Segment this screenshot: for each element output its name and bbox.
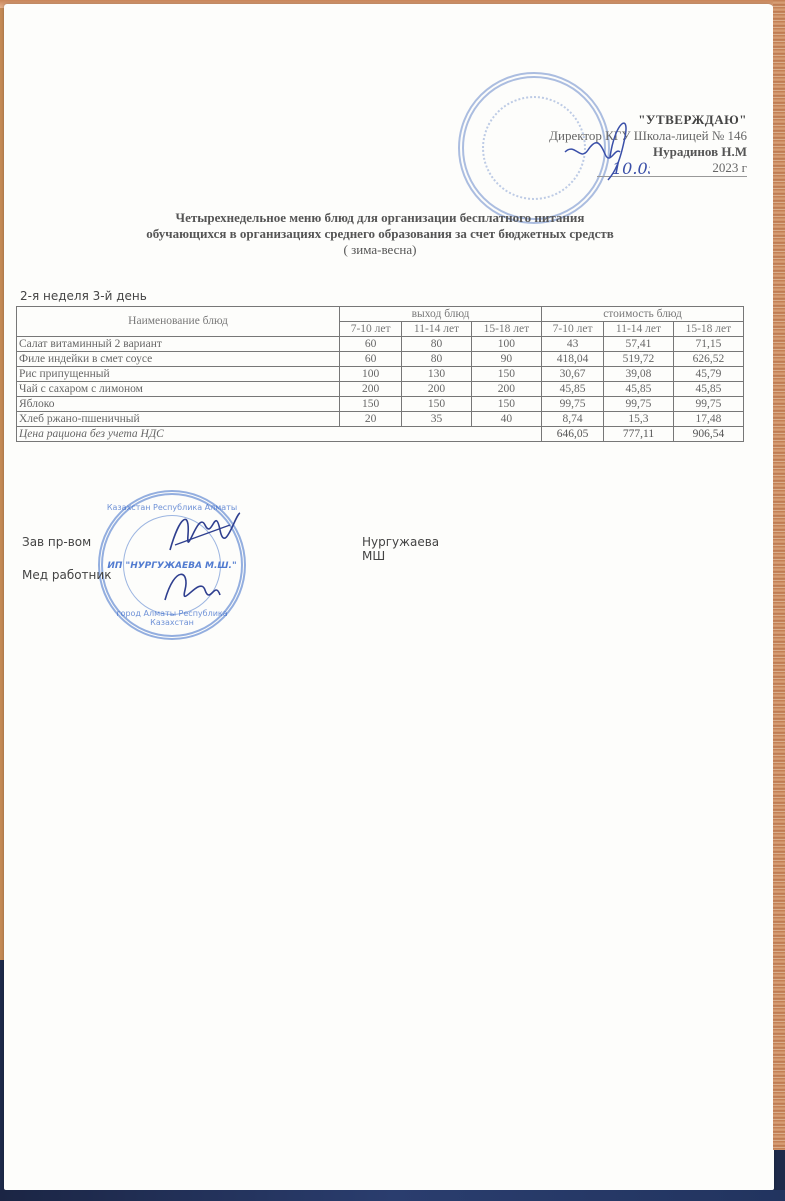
- cost-cell: 418,04: [541, 352, 603, 367]
- cost-cell: 45,85: [673, 382, 743, 397]
- cost-cell: 39,08: [604, 367, 674, 382]
- header-cost: стоимость блюд: [541, 307, 743, 322]
- dish-name: Филе индейки в смет соусе: [17, 352, 340, 367]
- total-cost: 777,11: [604, 427, 674, 442]
- header-cost-age: 15-18 лет: [673, 322, 743, 337]
- cost-cell: 30,67: [541, 367, 603, 382]
- output-cell: 130: [402, 367, 472, 382]
- dish-name: Чай с сахаром с лимоном: [17, 382, 340, 397]
- header-cost-age: 11-14 лет: [604, 322, 674, 337]
- header-output-age: 15-18 лет: [471, 322, 541, 337]
- table-row: Яблоко15015015099,7599,7599,75: [17, 397, 744, 412]
- cost-cell: 57,41: [604, 337, 674, 352]
- output-cell: 35: [402, 412, 472, 427]
- cost-cell: 519,72: [604, 352, 674, 367]
- header-output-age: 7-10 лет: [340, 322, 402, 337]
- cost-cell: 626,52: [673, 352, 743, 367]
- output-cell: 100: [471, 337, 541, 352]
- dish-name: Яблоко: [17, 397, 340, 412]
- output-cell: 60: [340, 352, 402, 367]
- output-cell: 60: [340, 337, 402, 352]
- cost-cell: 99,75: [541, 397, 603, 412]
- output-cell: 20: [340, 412, 402, 427]
- table-row: Чай с сахаром с лимоном20020020045,8545,…: [17, 382, 744, 397]
- week-day-label: 2-я неделя 3-й день: [20, 289, 147, 303]
- header-output: выход блюд: [340, 307, 542, 322]
- output-cell: 150: [471, 397, 541, 412]
- menu-table: Наименование блюд выход блюд стоимость б…: [16, 306, 744, 442]
- staff-signatures-icon: [160, 505, 250, 625]
- dish-name: Рис припущенный: [17, 367, 340, 382]
- paper-edge-right: [773, 0, 785, 1150]
- output-cell: 150: [402, 397, 472, 412]
- cost-cell: 45,85: [604, 382, 674, 397]
- title-line-2: обучающихся в организациях среднего обра…: [100, 226, 660, 242]
- cost-cell: 45,79: [673, 367, 743, 382]
- production-head-label: Зав пр-вом: [22, 535, 91, 549]
- header-output-age: 11-14 лет: [402, 322, 472, 337]
- signature-block: Зав пр-вом Нургужаева МШ Мед работник: [22, 535, 111, 601]
- production-head-name: Нургужаева МШ: [362, 535, 439, 563]
- director-signature-icon: 10.05: [560, 112, 650, 182]
- total-cost: 646,05: [541, 427, 603, 442]
- cost-cell: 99,75: [604, 397, 674, 412]
- cost-cell: 15,3: [604, 412, 674, 427]
- total-row: Цена рациона без учета НДС 646,05 777,11…: [17, 427, 744, 442]
- output-cell: 100: [340, 367, 402, 382]
- total-cost: 906,54: [673, 427, 743, 442]
- background-surface: [0, 1190, 785, 1201]
- table-row: Рис припущенный10013015030,6739,0845,79: [17, 367, 744, 382]
- output-cell: 150: [471, 367, 541, 382]
- cost-cell: 43: [541, 337, 603, 352]
- output-cell: 200: [340, 382, 402, 397]
- table-row: Хлеб ржано-пшеничный2035408,7415,317,48: [17, 412, 744, 427]
- total-label: Цена рациона без учета НДС: [17, 427, 542, 442]
- table-row: Филе индейки в смет соусе608090418,04519…: [17, 352, 744, 367]
- cost-cell: 99,75: [673, 397, 743, 412]
- title-line-1: Четырехнедельное меню блюд для организац…: [100, 210, 660, 226]
- output-cell: 150: [340, 397, 402, 412]
- output-cell: 200: [471, 382, 541, 397]
- medical-worker-label: Мед работник: [22, 568, 111, 582]
- output-cell: 40: [471, 412, 541, 427]
- cost-cell: 17,48: [673, 412, 743, 427]
- header-dish-name: Наименование блюд: [17, 307, 340, 337]
- season: ( зима-весна): [100, 242, 660, 258]
- output-cell: 90: [471, 352, 541, 367]
- table-row: Салат витаминный 2 вариант60801004357,41…: [17, 337, 744, 352]
- output-cell: 80: [402, 352, 472, 367]
- header-cost-age: 7-10 лет: [541, 322, 603, 337]
- cost-cell: 71,15: [673, 337, 743, 352]
- output-cell: 200: [402, 382, 472, 397]
- dish-name: Хлеб ржано-пшеничный: [17, 412, 340, 427]
- document-title: Четырехнедельное меню блюд для организац…: [100, 210, 660, 258]
- cost-cell: 8,74: [541, 412, 603, 427]
- dish-name: Салат витаминный 2 вариант: [17, 337, 340, 352]
- cost-cell: 45,85: [541, 382, 603, 397]
- handwritten-date: 10.05: [612, 159, 650, 178]
- output-cell: 80: [402, 337, 472, 352]
